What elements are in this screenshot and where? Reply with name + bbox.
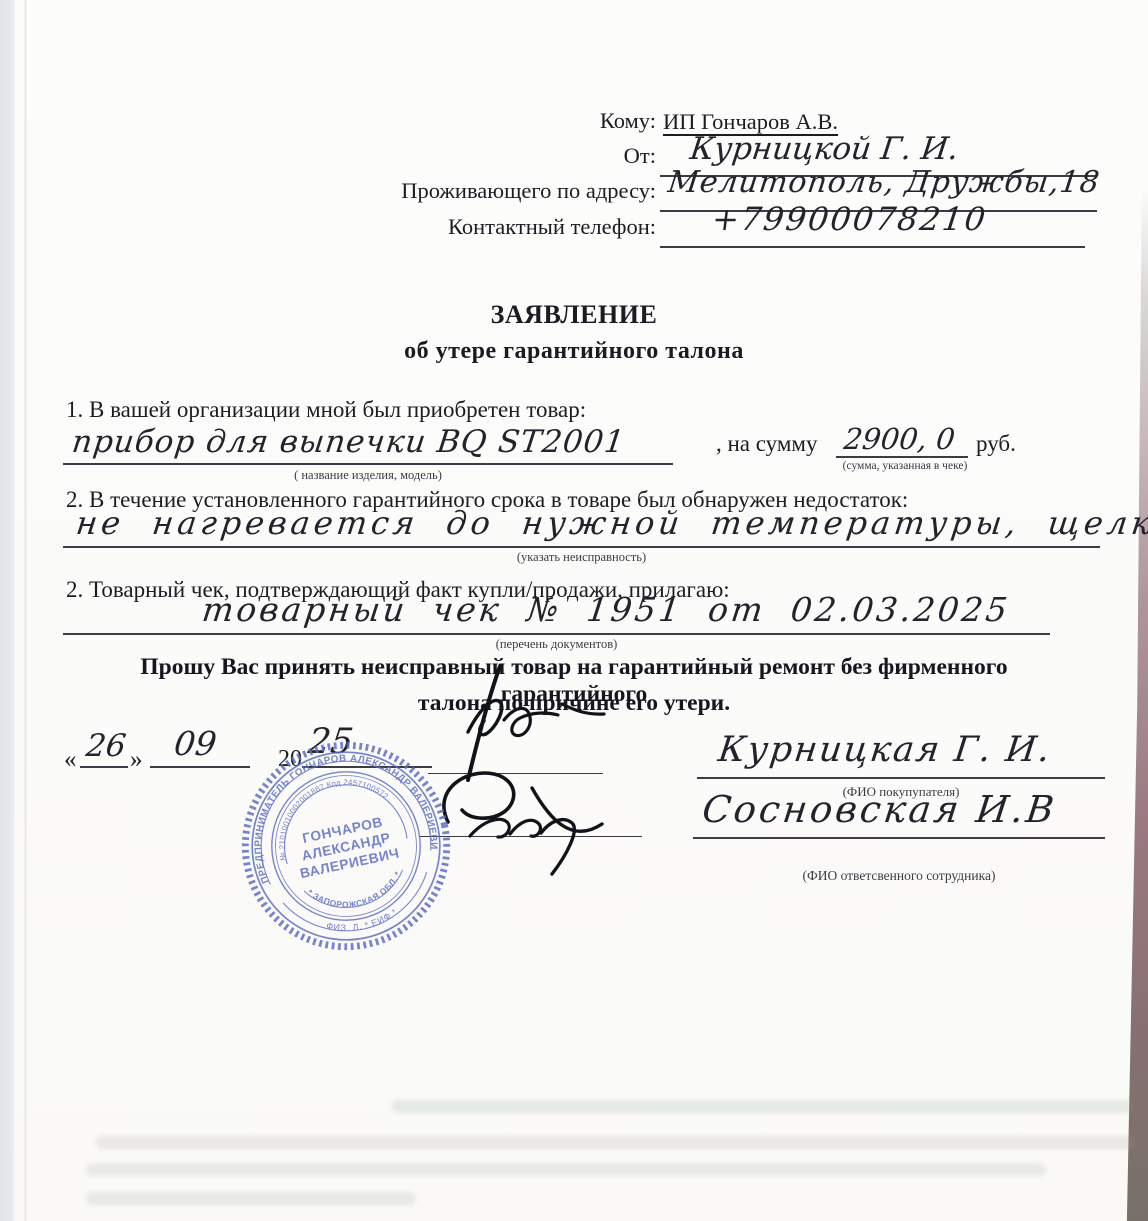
address-handwritten: Мелитополь, Дружбы,18: [666, 165, 1102, 200]
scanned-warranty-claim-document: Кому: ИП Гончаров А.В. От: Курницкой Г. …: [0, 0, 1148, 1221]
item1-sum-handwritten: 2900, 0: [842, 422, 957, 456]
item1-product-caption: ( название изделия, модель): [63, 468, 673, 483]
scan-left-edge: [0, 0, 15, 1221]
item1-product-handwritten: прибор для выпечки BQ ST2001: [70, 424, 627, 460]
item3-caption: (перечень документов): [63, 637, 1050, 652]
item1-sum-caption: (сумма, указанная в чеке): [805, 460, 1005, 472]
from-label: От:: [400, 143, 656, 169]
phone-label: Контактный телефон:: [400, 214, 656, 240]
document-title: ЗАЯВЛЕНИЕ: [0, 300, 1148, 330]
item1-sum-prefix: , на сумму: [716, 430, 817, 459]
date-close-quote: »: [130, 744, 143, 775]
stamp-ring-outer-bottom: ФИЗ. Л. * ЕИФ *: [323, 906, 401, 939]
item2-caption: (указать неисправность): [63, 550, 1100, 565]
bleed-through-smudge: [86, 1163, 1046, 1176]
item1-sum-suffix: руб.: [976, 430, 1016, 459]
item2-handwritten: не нагревается до нужной температуры, ще…: [74, 504, 1148, 542]
bleed-through-smudge: [392, 1100, 1132, 1113]
employee-name-handwritten: Сосновская И.В: [700, 788, 1059, 831]
item1-label: 1. В вашей организации мной был приобрет…: [66, 396, 586, 425]
round-stamp: ПРЕДПРИНИМАТЕЛЬ ГОНЧАРОВ АЛЕКСАНДР ВАЛЕР…: [240, 740, 452, 952]
paper-crease: [24, 0, 27, 1221]
date-day-handwritten: 26: [84, 728, 128, 764]
employee-caption: (ФИО ответсвенного сотрудника): [693, 868, 1105, 884]
item3-handwritten: товарный чек № 1951 от 02.03.2025: [200, 590, 1012, 629]
bleed-through-smudge: [86, 1192, 416, 1205]
address-label: Проживающего по адресу:: [400, 178, 656, 204]
date-open-quote: «: [64, 744, 77, 775]
document-subtitle: об утере гарантийного талона: [0, 338, 1148, 365]
bleed-through-smudge: [96, 1136, 1136, 1149]
buyer-name-handwritten: Курницкая Г. И.: [716, 730, 1054, 770]
from-handwritten: Курницкой Г. И.: [688, 131, 960, 167]
date-month-handwritten: 09: [172, 724, 219, 763]
to-label: Кому:: [400, 108, 656, 134]
phone-handwritten: +79900078210: [710, 200, 989, 238]
